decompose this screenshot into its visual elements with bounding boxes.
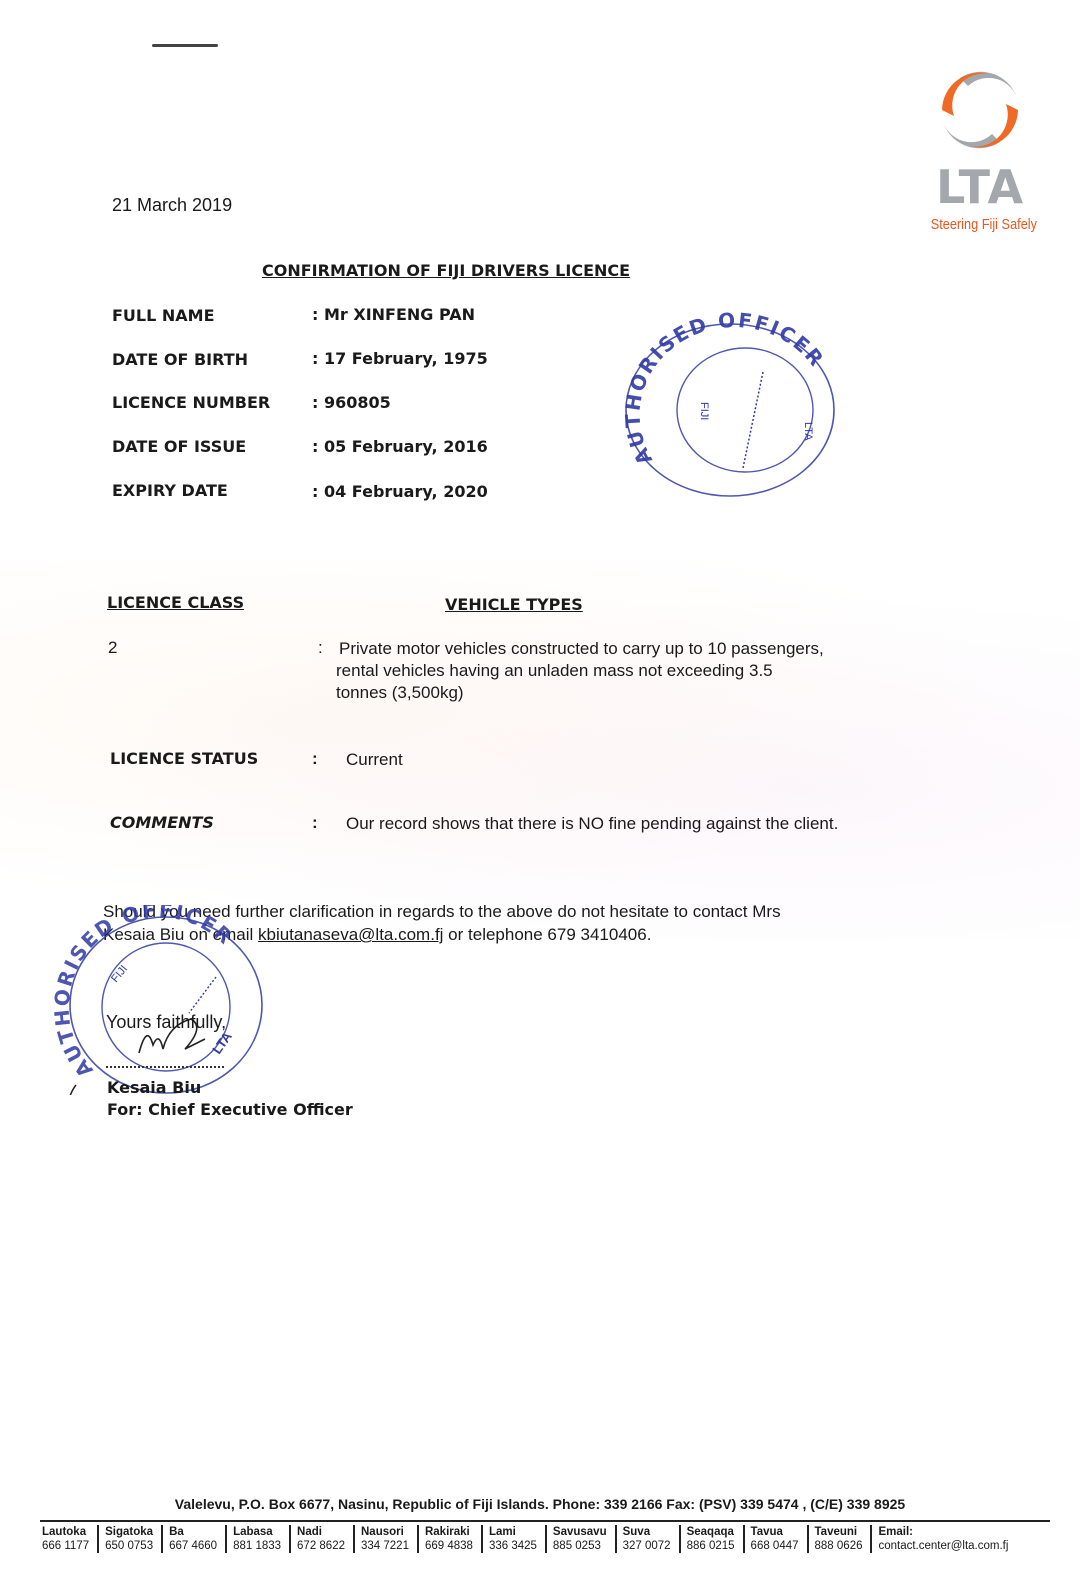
closing-salutation: Yours faithfully, bbox=[106, 1012, 226, 1033]
field-value-expiry-date: : 04 February, 2020 bbox=[312, 482, 488, 501]
stamp-lta-text: LTA bbox=[802, 422, 814, 441]
footer-office-item: Taveuni888 0626 bbox=[807, 1525, 871, 1553]
logo-text: LTA bbox=[922, 164, 1038, 210]
field-label-expiry-date: EXPIRY DATE bbox=[112, 481, 228, 500]
comments-separator: : bbox=[312, 813, 318, 833]
lta-logo: LTA Steering Fiji Safely bbox=[922, 60, 1038, 250]
licence-status-label: LICENCE STATUS bbox=[110, 749, 258, 768]
field-label-date-of-issue: DATE OF ISSUE bbox=[112, 437, 246, 456]
footer-office-item: Seaqaqa886 0215 bbox=[679, 1525, 743, 1553]
vehicle-types-header: VEHICLE TYPES bbox=[445, 595, 583, 614]
footer-office-item: Rakiraki669 4838 bbox=[417, 1525, 481, 1553]
lta-swirl-icon bbox=[930, 60, 1030, 160]
field-value-date-of-issue: : 05 February, 2016 bbox=[312, 437, 488, 456]
vehicle-types-separator: : bbox=[318, 638, 323, 658]
field-value-date-of-birth: : 17 February, 1975 bbox=[312, 349, 488, 368]
contact-email-link[interactable]: kbiutanaseva@lta.com.fj bbox=[258, 925, 443, 944]
stamp-outer-text: AUTHORISED OFFICER bbox=[620, 310, 829, 469]
licence-class-header: LICENCE CLASS bbox=[107, 593, 244, 612]
footer-divider bbox=[40, 1520, 1050, 1522]
letter-date: 21 March 2019 bbox=[112, 195, 232, 216]
authorised-officer-stamp: AUTHORISED OFFICER FIJI LTA bbox=[615, 310, 840, 500]
signer-block: Kesaia Biu For: Chief Executive Officer bbox=[107, 1077, 353, 1121]
field-label-licence-number: LICENCE NUMBER bbox=[112, 393, 270, 412]
footer-office-item: Email:contact.center@lta.com.fj bbox=[870, 1525, 1016, 1553]
svg-text:AUTHORISED OFFICER: AUTHORISED OFFICER bbox=[49, 905, 238, 1082]
footer-office-item: Ba667 4660 bbox=[161, 1525, 225, 1553]
signature-line bbox=[106, 1066, 224, 1068]
footer-office-item: Nausori334 7221 bbox=[353, 1525, 417, 1553]
field-label-full-name: FULL NAME bbox=[112, 306, 215, 325]
footer-office-item: Sigatoka650 0753 bbox=[97, 1525, 161, 1553]
scan-mark bbox=[152, 44, 218, 47]
footer-office-item: Nadi672 8622 bbox=[289, 1525, 353, 1553]
stamp2-fiji-text: FIJI bbox=[109, 963, 130, 985]
field-label-date-of-birth: DATE OF BIRTH bbox=[112, 350, 248, 369]
stamp2-outer-text: AUTHORISED OFFICER bbox=[49, 905, 238, 1082]
footer-office-item: Lami336 3425 bbox=[481, 1525, 545, 1553]
footer-office-item: Savusavu885 0253 bbox=[545, 1525, 615, 1553]
stamp-fiji-text: FIJI bbox=[698, 402, 710, 420]
licence-status-value: Current bbox=[346, 749, 403, 771]
vehicle-types-description: Private motor vehicles constructed to ca… bbox=[339, 638, 824, 704]
comments-label: COMMENTS bbox=[110, 813, 214, 832]
field-value-full-name: : Mr XINFENG PAN bbox=[312, 305, 475, 324]
footer-office-list: Lautoka666 1177Sigatoka650 0753Ba667 466… bbox=[42, 1525, 1016, 1553]
footer-address: Valelevu, P.O. Box 6677, Nasinu, Republi… bbox=[0, 1496, 1080, 1512]
footer-office-item: Suva327 0072 bbox=[615, 1525, 679, 1553]
signer-name: Kesaia Biu bbox=[107, 1077, 353, 1099]
field-value-licence-number: : 960805 bbox=[312, 393, 391, 412]
comments-value: Our record shows that there is NO fine p… bbox=[346, 813, 838, 835]
signer-title: For: Chief Executive Officer bbox=[107, 1099, 353, 1121]
svg-text:AUTHORISED OFFICER: AUTHORISED OFFICER bbox=[620, 310, 829, 469]
licence-class-value: 2 bbox=[108, 637, 117, 659]
logo-tagline: Steering Fiji Safely bbox=[931, 216, 1030, 233]
footer-office-item: Tavua668 0447 bbox=[743, 1525, 807, 1553]
licence-status-separator: : bbox=[312, 749, 318, 769]
document-title: CONFIRMATION OF FIJI DRIVERS LICENCE bbox=[262, 261, 630, 280]
footer-office-item: Lautoka666 1177 bbox=[42, 1525, 97, 1553]
footer-office-item: Labasa881 1833 bbox=[225, 1525, 289, 1553]
